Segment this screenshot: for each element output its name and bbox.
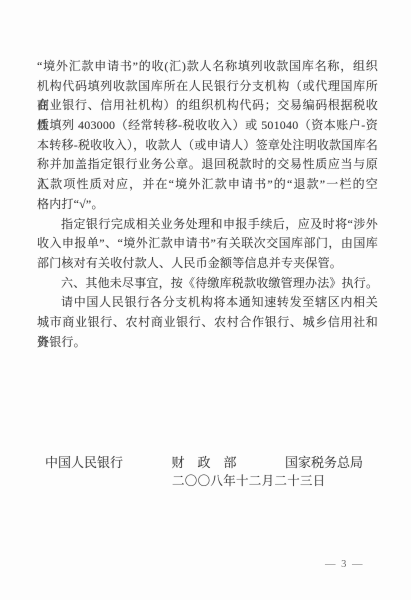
signature-date: 二〇〇八年十二月二十三日 xyxy=(172,471,326,489)
signature-row: 中国人民银行 财 政 部 国家税务总局 xyxy=(45,452,363,471)
body-line: 商业银行、信用社机构）的组织机构代码；交易编码根据税收性 xyxy=(37,96,378,116)
body-line: “境外汇款申请书”的收(汇)款人名称填列收款国库名称，组织 xyxy=(37,57,378,77)
body-line: 机构代码填列收款国库所在人民银行分支机构（或代理国库所在 xyxy=(37,77,378,97)
document-body: “境外汇款申请书”的收(汇)款人名称填列收款国库名称，组织 机构代码填列收款国库… xyxy=(37,57,378,352)
body-line: 六、其他未尽事宜，按《待缴库税款收缴管理办法》执行。 xyxy=(37,274,378,294)
document-page: “境外汇款申请书”的收(汇)款人名称填列收款国库名称，组织 机构代码填列收款国库… xyxy=(0,0,411,600)
page-number: — 3 — xyxy=(325,559,364,570)
body-line: 城市商业银行、农村商业银行、农村合作银行、城乡信用社和外 xyxy=(37,313,378,333)
body-line: 本转移-税收收入），收款人（或申请人）签章处注明收款国库名 xyxy=(37,136,378,156)
issuer-state-tax-administration: 国家税务总局 xyxy=(285,452,363,471)
body-line: 资银行。 xyxy=(37,333,378,353)
issuer-ministry-of-finance: 财 政 部 xyxy=(171,452,236,471)
body-line: 请中国人民银行各分支机构将本通知速转发至辖区内相关 xyxy=(37,293,378,313)
body-line: 入款项性质对应，并在“境外汇款申请书”的“退款”一栏的空 xyxy=(37,175,378,195)
body-line: 收入申报单”、“境外汇款申请书”有关联次交国库部门，由国库 xyxy=(37,234,378,254)
body-line: 部门核对有关收付款人、人民币金额等信息并专夹保管。 xyxy=(37,254,378,274)
body-line: 质填列 403000（经常转移-税收收入）或 501040（资本账户-资 xyxy=(37,116,378,136)
body-line: 指定银行完成相关业务处理和申报手续后，应及时将“涉外 xyxy=(37,215,378,235)
issuer-peoples-bank-of-china: 中国人民银行 xyxy=(45,452,123,471)
body-line: 称并加盖指定银行业务公章。退回税款时的交易性质应当与原汇 xyxy=(37,155,378,175)
body-line: 格内打“√”。 xyxy=(37,195,378,215)
